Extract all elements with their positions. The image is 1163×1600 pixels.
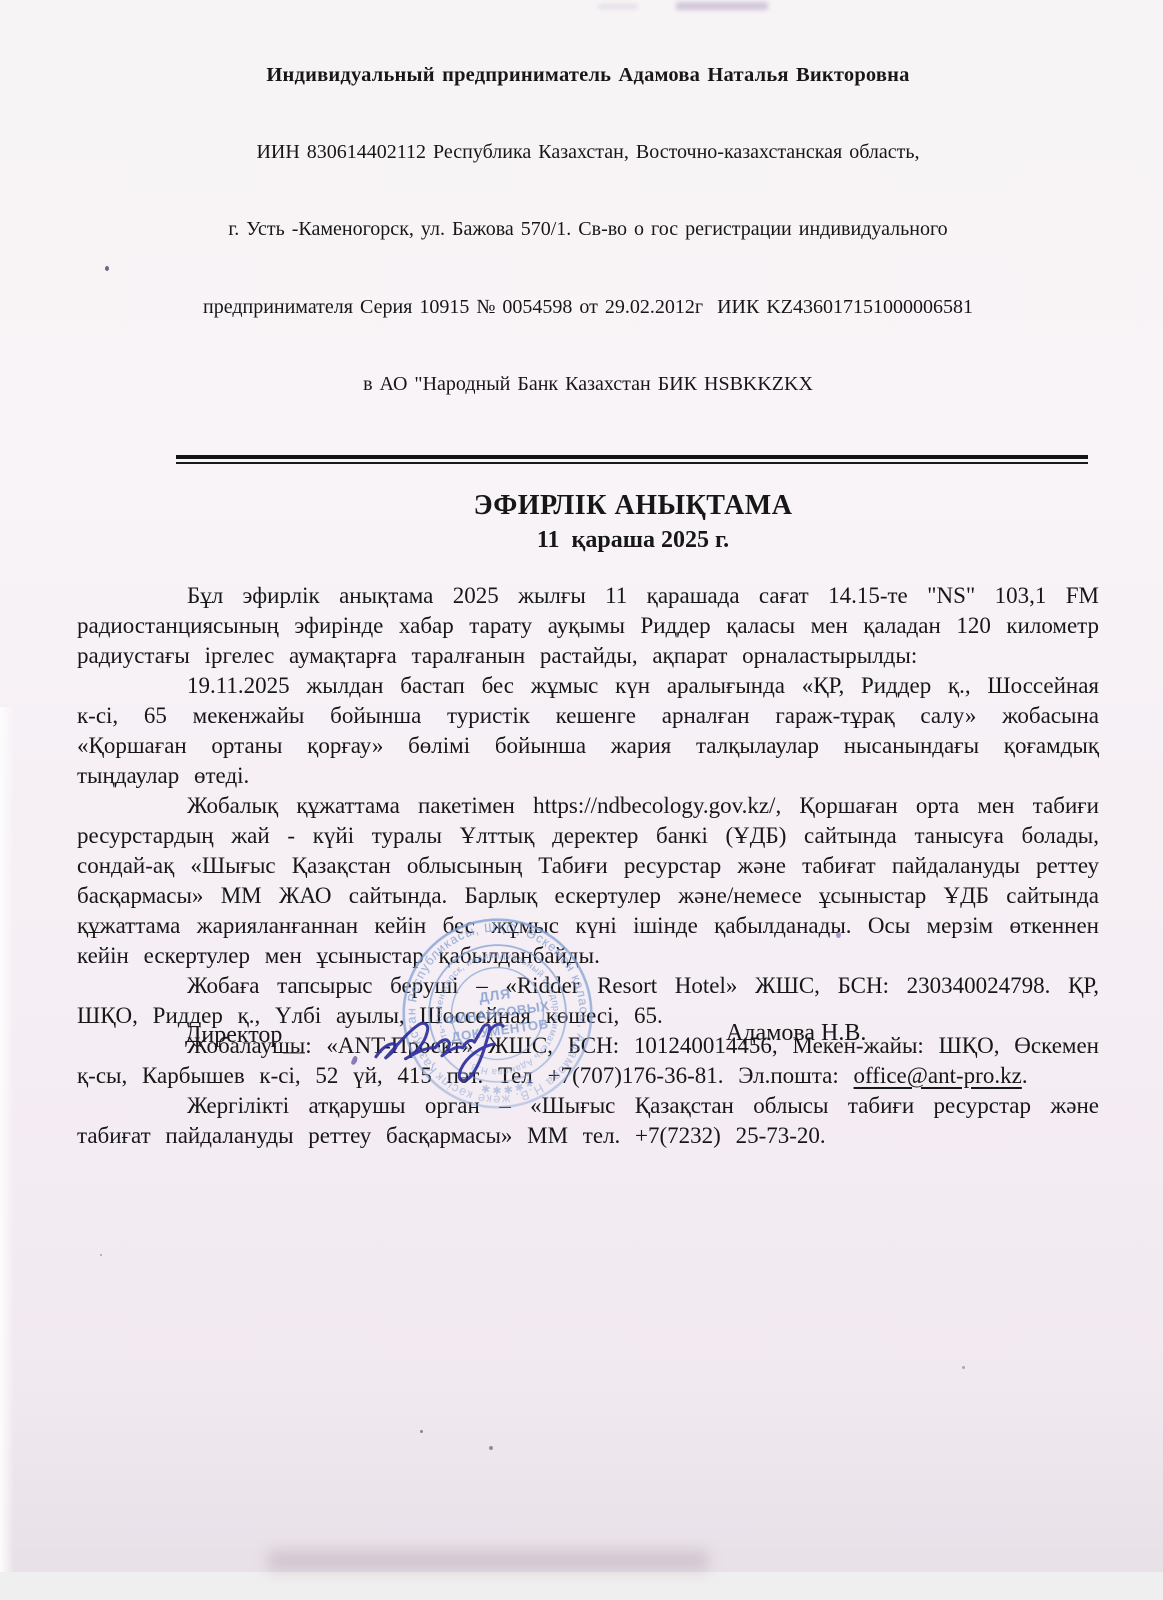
scanned-document-page: Индивидуальный предприниматель Адамова Н… xyxy=(0,0,1163,1572)
scan-artifact xyxy=(676,2,768,10)
ink-speck xyxy=(836,932,841,938)
scan-bottom-edge xyxy=(268,1550,708,1572)
letterhead-owner: Индивидуальный предприниматель Адамова Н… xyxy=(77,63,1099,89)
scan-speck xyxy=(489,1446,493,1450)
paragraph-hearings-announcement: 19.11.2025 жылдан бастап бес жұмыс күн а… xyxy=(77,671,1099,791)
scan-artifact xyxy=(598,4,638,9)
document-date: 11 қараша 2025 г. xyxy=(122,527,1144,554)
email-text: office@ant-pro.kz xyxy=(854,1063,1022,1088)
letterhead-line-registration: предпринимателя Серия 10915 № 0054598 от… xyxy=(77,295,1099,321)
signature-name: Адамова Н.В. xyxy=(726,1020,866,1047)
signature-job-title: Директор xyxy=(185,1022,282,1049)
scan-speck xyxy=(105,266,109,271)
title-block: ЭФИРЛІК АНЫҚТАМА 11 қараша 2025 г. xyxy=(122,490,1144,554)
designer-info-tail: . xyxy=(1022,1063,1028,1088)
letterhead: Индивидуальный предприниматель Адамова Н… xyxy=(77,11,1099,450)
header-divider xyxy=(176,455,1088,464)
signature-underscore xyxy=(283,1052,305,1054)
scan-speck xyxy=(420,1430,423,1433)
scan-speck xyxy=(100,1254,102,1256)
letterhead-line-iin: ИИН 830614402112 Республика Казахстан, В… xyxy=(77,140,1099,166)
letterhead-line-bank: в АО "Народный Банк Казахстан БИК HSBKKZ… xyxy=(77,372,1099,398)
handwritten-signature xyxy=(372,994,510,1089)
scan-speck xyxy=(962,1366,965,1369)
document-title: ЭФИРЛІК АНЫҚТАМА xyxy=(122,490,1144,522)
letterhead-line-address: г. Усть -Каменогорск, ул. Бажова 570/1. … xyxy=(77,217,1099,243)
paragraph-broadcast-confirmation: Бұл эфирлік анықтама 2025 жылғы 11 қараш… xyxy=(77,581,1099,671)
